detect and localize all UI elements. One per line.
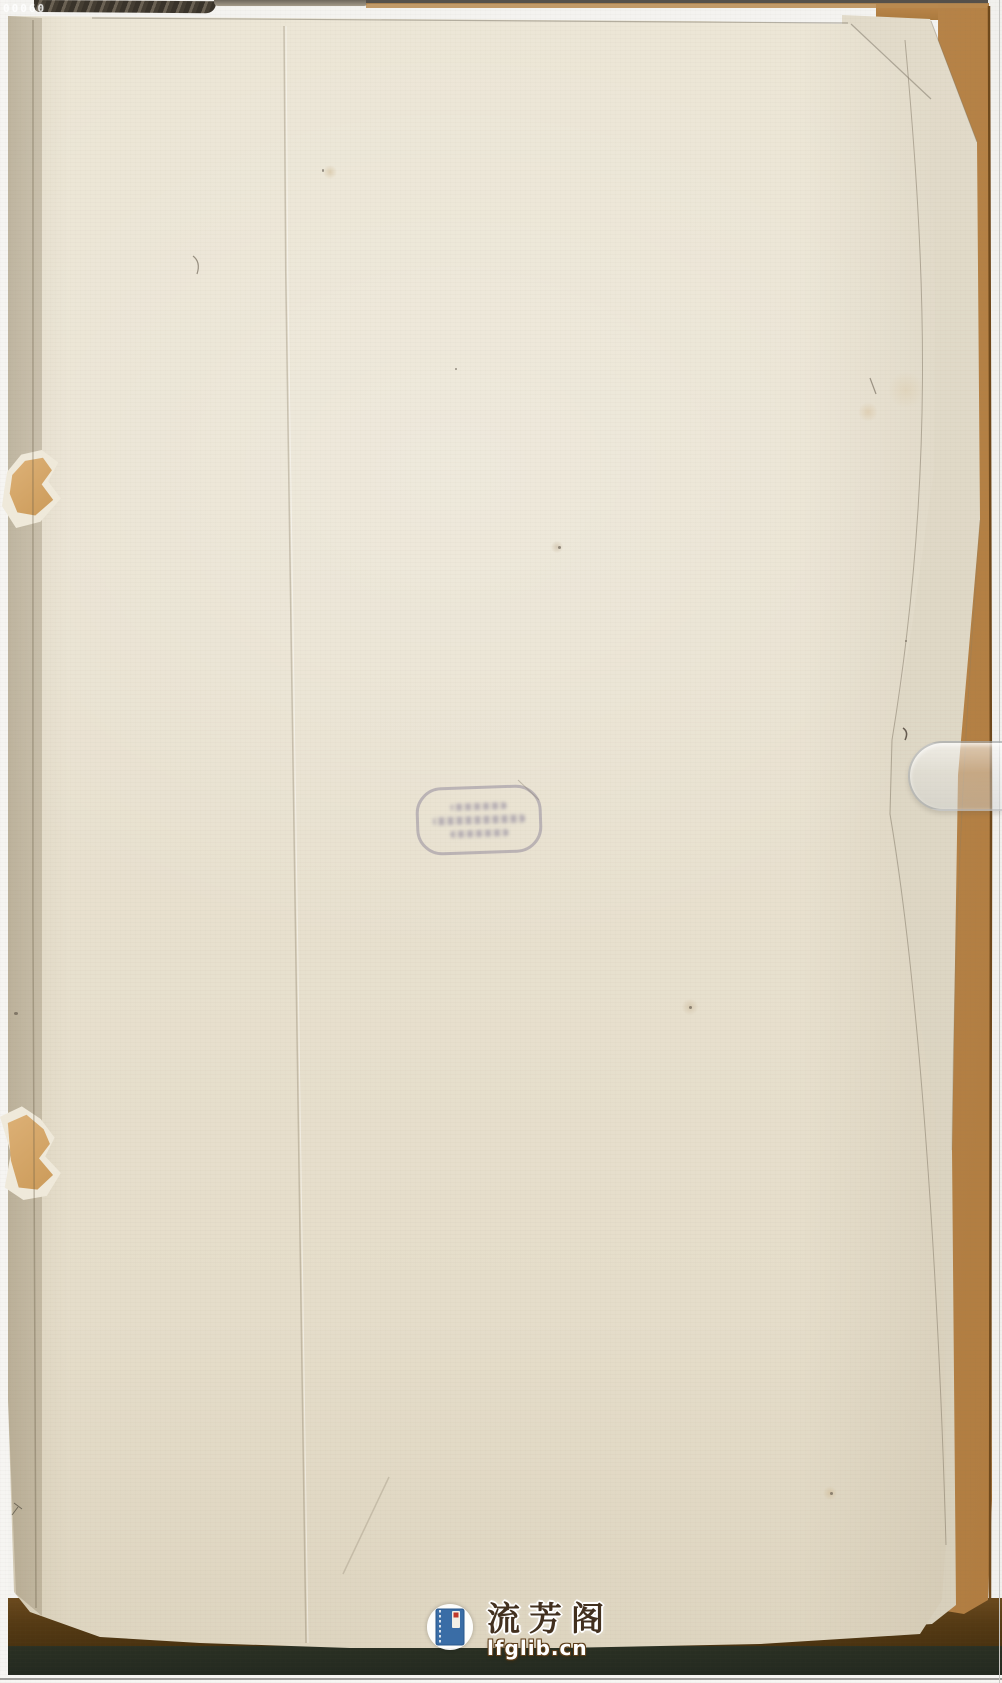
- paper-speck: [689, 1006, 692, 1009]
- stamp-text-line: [450, 829, 508, 838]
- scan-id-number: 00060: [3, 2, 46, 15]
- book-icon: [427, 1604, 473, 1650]
- paper-speck: [905, 640, 907, 642]
- binding-damage-upper: [2, 450, 66, 528]
- paper-speck: [14, 1012, 18, 1015]
- stamp-text-line: [450, 802, 506, 811]
- book-page-scan: 00060 流芳阁 lfglib.cn: [0, 0, 1002, 1683]
- binding-damage-lower: [0, 1096, 78, 1200]
- watermark-site-name: 流芳阁: [487, 1602, 613, 1637]
- watermark-site-domain: lfglib.cn: [487, 1638, 613, 1658]
- paper-speck: [455, 368, 457, 370]
- paper-speck: [558, 546, 561, 549]
- paper-speck: [830, 1492, 833, 1495]
- transparent-page-tab: [908, 741, 1002, 811]
- headband-braid: [34, 0, 216, 13]
- site-watermark: 流芳阁 lfglib.cn: [427, 1602, 613, 1658]
- top-edge-tan-line: [366, 3, 988, 8]
- headband-thin: [214, 0, 368, 6]
- paper-speck: [322, 169, 324, 172]
- library-stamp: [415, 784, 543, 856]
- stamp-text-line: [433, 814, 525, 825]
- watermark-text: 流芳阁 lfglib.cn: [487, 1602, 613, 1658]
